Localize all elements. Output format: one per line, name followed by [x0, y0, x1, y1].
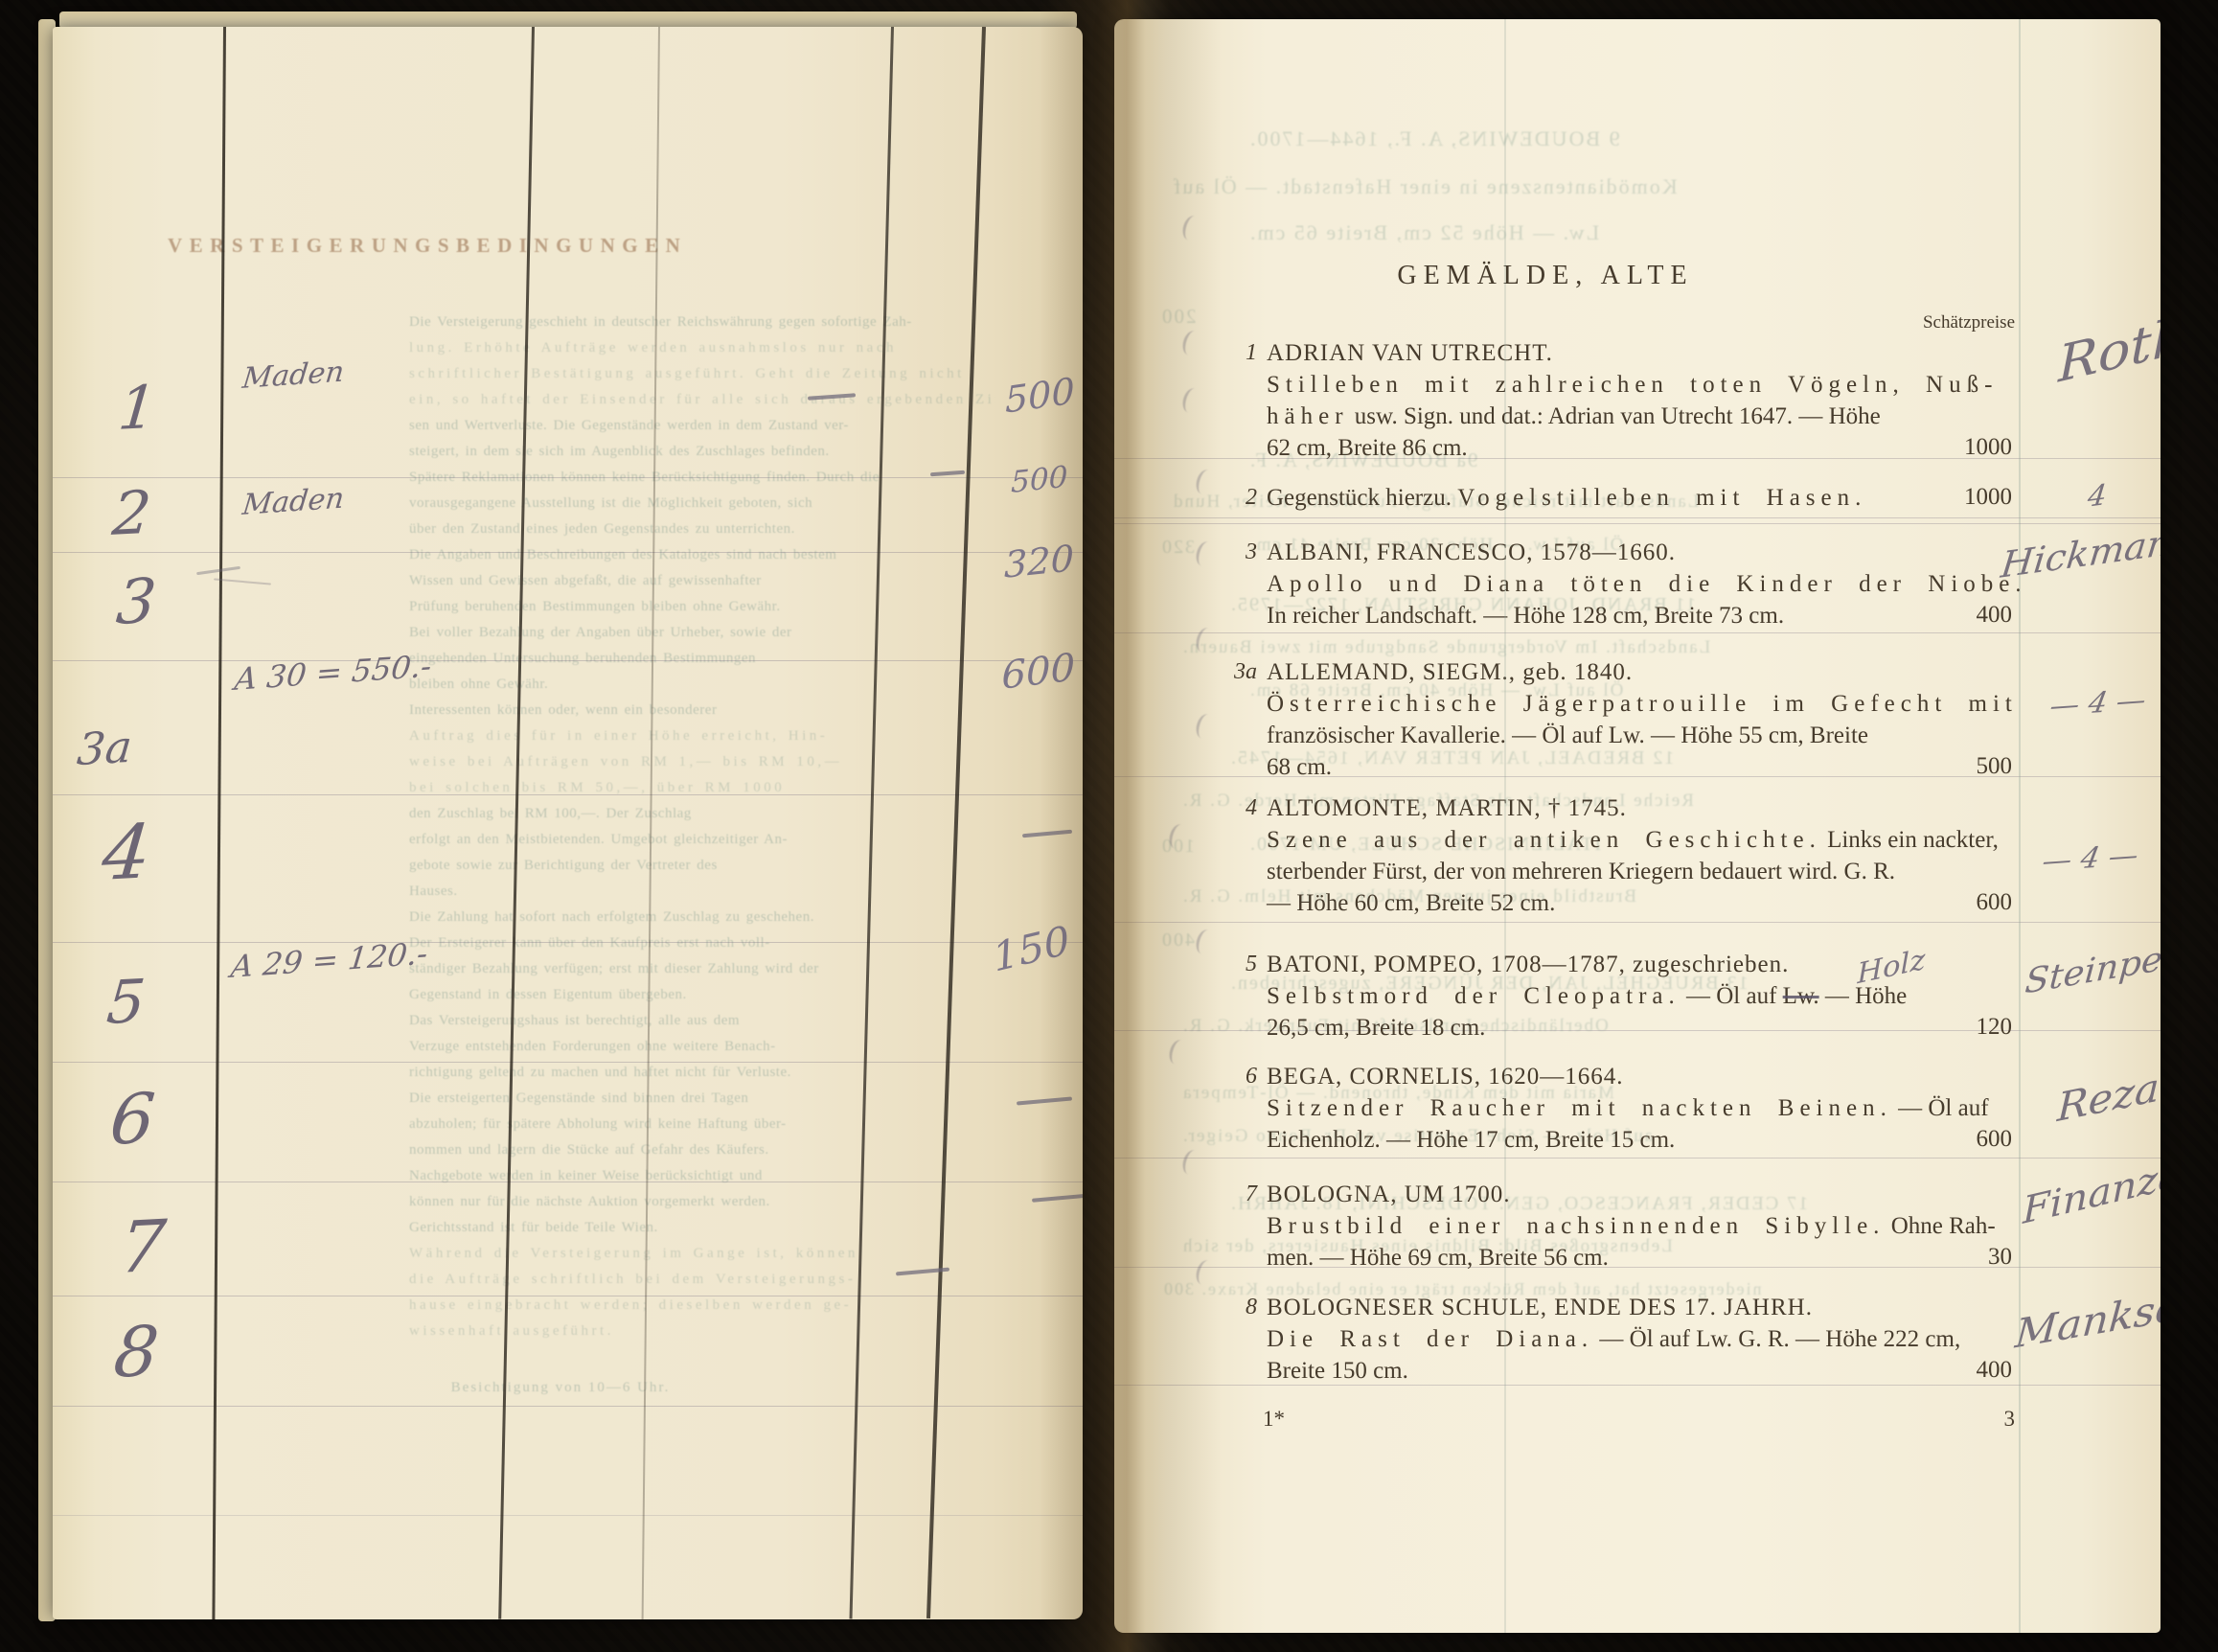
ghost-vertical-rule	[2019, 19, 2021, 1633]
pencil-scribble	[196, 566, 240, 575]
left-ledger-page: VERSTEIGERUNGSBEDINGUNGEN Die Versteiger…	[53, 27, 1083, 1619]
handwritten-row-number: 4	[99, 809, 154, 897]
lot-text-line: häher usw. Sign. und dat.: Adrian van Ut…	[1267, 401, 1881, 432]
price-column-label: Schätzpreise	[1898, 312, 2015, 333]
handwritten-note: Maden	[240, 356, 346, 396]
lot-text-row: Eichenholz. — Höhe 17 cm, Breite 15 cm.	[1224, 1124, 2020, 1156]
footnote-signature: 1*	[1263, 1407, 1285, 1432]
margin-annotation: 4	[2086, 478, 2108, 514]
page-title: GEMÄLDE, ALTE	[1349, 261, 1742, 291]
pencil-dash-value	[1032, 1193, 1083, 1202]
ghost-text-line: erfolgt an den Meistbietenden. Umgebot g…	[409, 832, 995, 858]
lot-text-row: Apollo und Diana töten die Kinder der Ni…	[1224, 568, 2020, 600]
ghost-text-line: eingehenden Untersuchung beruhenden Best…	[409, 651, 995, 677]
lot-text-row: 2Gegenstück hierzu. Vogelstilleben mit H…	[1224, 482, 2020, 514]
lot-text-line: 26,5 cm, Breite 18 cm.	[1267, 1012, 1485, 1044]
lot-artist-name: ALTOMONTE, MARTIN, † 1745.	[1267, 792, 1627, 824]
ghost-text-line: Bei voller Bezahlung der Angaben über Ur…	[409, 625, 995, 651]
lot-artist-name: ALBANI, FRANCESCO, 1578—1660.	[1267, 537, 1676, 568]
lot-estimate-price: 1000	[1964, 484, 2012, 511]
lot-artist-name: ALLEMAND, SIEGM., geb. 1840.	[1267, 656, 1633, 688]
ghost-mirrored-line: Lw. — Höhe 52 cm, Breite 65 cm.	[1248, 220, 1599, 245]
pencil-price-value: 320	[1004, 537, 1074, 585]
entry-separator	[1114, 632, 2161, 633]
pencil-price-value: 150	[990, 917, 1073, 981]
lot-text-row: — Höhe 60 cm, Breite 52 cm.	[1224, 887, 2020, 919]
plain-text: In reicher Landschaft. — Höhe 128 cm, Br…	[1267, 603, 1784, 629]
ghost-text-line: weise bei Aufträgen von RM 1,— bis RM 10…	[409, 754, 995, 780]
lot-text-line: sterbender Fürst, der von mehreren Krieg…	[1267, 856, 1895, 887]
lot-heading-row: 4ALTOMONTE, MARTIN, † 1745.	[1224, 792, 2020, 824]
letterspaced-text: Österreichische Jägerpatrouille im Gefec…	[1267, 691, 2018, 717]
ledger-horizontal-rule	[53, 552, 1083, 553]
lot-artist-name: BOLOGNA, UM 1700.	[1267, 1179, 1511, 1210]
plain-text: Ohne Rah-	[1885, 1213, 1995, 1239]
lot-text-row: Sitzender Raucher mit nackten Beinen. — …	[1224, 1092, 2020, 1124]
letterspaced-text: Vogelstilleben mit Hasen.	[1457, 485, 1866, 511]
lot-estimate-price: 600	[1977, 1126, 2013, 1153]
ghost-text-line: Der Ersteigerer kann über den Kaufpreis …	[409, 935, 995, 961]
ghost-mirrored-line: Komödiantenszene in einer Hafenstadt. — …	[1172, 174, 1678, 199]
pencil-dash-value	[1017, 1096, 1072, 1105]
ghost-vertical-rule	[1504, 19, 1506, 1633]
lot-text-row: 26,5 cm, Breite 18 cm.	[1224, 1012, 2020, 1044]
ghost-text-line: können nur für die nächste Auktion vorge…	[409, 1194, 995, 1220]
ghost-text-line: lung. Erhöhte Aufträge werden ausnahmslo…	[409, 340, 995, 366]
plain-text: Gegenstück hierzu.	[1267, 485, 1457, 511]
lot-text-row: Selbstmord der Cleopatra. — Öl auf Lw. —…	[1224, 980, 2020, 1012]
ghost-text-line: Die Zahlung hat sofort nach erfolgtem Zu…	[409, 909, 995, 935]
lot-entry: 8BOLOGNESER SCHULE, ENDE DES 17. JAHRH.D…	[1224, 1292, 2020, 1323]
lot-text-line: Sitzender Raucher mit nackten Beinen. — …	[1267, 1092, 1989, 1124]
scanned-book-spread: VERSTEIGERUNGSBEDINGUNGEN Die Versteiger…	[0, 0, 2218, 1652]
lot-text-line: 62 cm, Breite 86 cm.	[1267, 432, 1468, 464]
lot-text-row: französischer Kavallerie. — Öl auf Lw. —…	[1224, 720, 2020, 751]
margin-annotation: — 4 —	[2040, 838, 2141, 879]
ledger-horizontal-rule	[53, 1182, 1083, 1182]
letterspaced-text: Die Rast der Diana.	[1267, 1326, 1593, 1352]
lot-estimate-price: 120	[1977, 1014, 2013, 1041]
lot-estimate-price: 400	[1977, 1357, 2013, 1384]
lot-entry: 5BATONI, POMPEO, 1708—1787, zugeschriebe…	[1224, 949, 2020, 980]
plain-text: 68 cm.	[1267, 754, 1332, 780]
plain-text: Eichenholz. — Höhe 17 cm, Breite 15 cm.	[1267, 1127, 1675, 1153]
ghost-mirrored-line: 400	[1160, 929, 1195, 952]
lot-text-line: Apollo und Diana töten die Kinder der Ni…	[1267, 568, 2027, 600]
lot-text-row: Szene aus der antiken Geschichte. Links …	[1224, 824, 2020, 856]
lot-estimate-price: 1000	[1964, 434, 2012, 461]
ghost-text-line: Prüfung beruhenden Bestimmungen bleiben …	[409, 599, 995, 625]
lot-number: 2	[1211, 482, 1257, 514]
lot-heading-row: 8BOLOGNESER SCHULE, ENDE DES 17. JAHRH.	[1224, 1292, 2020, 1323]
ghost-pencil-mark	[1180, 329, 1203, 357]
lot-entry: 3aALLEMAND, SIEGM., geb. 1840.Österreich…	[1224, 656, 2020, 688]
letterspaced-text: häher	[1267, 403, 1349, 429]
lot-heading-row: 7BOLOGNA, UM 1700.	[1224, 1179, 2020, 1210]
ghost-text-line: den Zuschlag bei RM 100,—. Der Zuschlag	[409, 806, 995, 832]
ledger-horizontal-rule	[53, 1062, 1083, 1063]
ghost-text-line: ein, so haftet der Einsender für alle si…	[409, 392, 995, 418]
lot-number: 5	[1211, 949, 1257, 980]
lot-text-row: Breite 150 cm.	[1224, 1355, 2020, 1387]
ghost-text-line: abzuholen; für spätere Abholung wird kei…	[409, 1116, 995, 1142]
ghost-mirrored-line: 320	[1160, 537, 1195, 559]
lot-heading-row: 3aALLEMAND, SIEGM., geb. 1840.	[1224, 656, 2020, 688]
ghost-text-line: bleiben ohne Gewähr.	[409, 677, 995, 702]
struck-text: Lw.	[1783, 983, 1819, 1009]
ghost-pencil-mark	[1194, 712, 1217, 741]
margin-annotation: — 4 —	[2047, 683, 2149, 723]
plain-text: — Öl auf Lw. G. R. — Höhe 222 cm,	[1593, 1326, 1960, 1352]
ghost-text-line: hause eingebracht werden; dieselben werd…	[409, 1297, 995, 1323]
lot-text-row: sterbender Fürst, der von mehreren Krieg…	[1224, 856, 2020, 887]
plain-text: Links ein nackter,	[1821, 827, 1999, 853]
handwritten-row-number: 7	[116, 1205, 169, 1290]
plain-text: sterbender Fürst, der von mehreren Krieg…	[1267, 859, 1895, 884]
lot-estimate-price: 30	[1988, 1244, 2012, 1271]
lot-text-line: Österreichische Jägerpatrouille im Gefec…	[1267, 688, 2018, 720]
plain-text: — Öl auf	[1681, 983, 1783, 1009]
ghost-text-line: steigert, in dem sie sich im Augenblick …	[409, 444, 995, 470]
ledger-horizontal-rule	[53, 477, 1083, 478]
entry-separator	[1114, 517, 2161, 518]
letterspaced-text: Brustbild einer nachsinnenden Sibylle.	[1267, 1213, 1885, 1239]
lot-heading-row: 6BEGA, CORNELIS, 1620—1664.	[1224, 1061, 2020, 1092]
ghost-text-line: Das Versteigerungshaus ist berechtigt, a…	[409, 1013, 995, 1039]
ghost-text-line: Die Versteigerung geschieht in deutscher…	[409, 314, 995, 340]
ghost-bottom-line: Besichtigung von 10—6 Uhr.	[359, 1380, 762, 1396]
letterspaced-text: Selbstmord der Cleopatra.	[1267, 983, 1681, 1009]
ghost-heading: VERSTEIGERUNGSBEDINGUNGEN	[168, 234, 687, 258]
plain-text: 62 cm, Breite 86 cm.	[1267, 435, 1468, 461]
plain-text: usw. Sign. und dat.: Adrian van Utrecht …	[1349, 403, 1881, 429]
handwritten-row-number: 2	[110, 477, 154, 549]
ghost-pencil-mark	[1180, 214, 1203, 242]
ghost-text-line: vorausgegangene Ausstellung ist die Mögl…	[409, 495, 995, 521]
handwritten-note: A 30 = 550.-	[233, 648, 433, 698]
lot-artist-name: BATONI, POMPEO, 1708—1787, zugeschrieben…	[1267, 949, 1789, 980]
lot-text-row: men. — Höhe 69 cm, Breite 56 cm.	[1224, 1242, 2020, 1273]
lot-artist-name: BEGA, CORNELIS, 1620—1664.	[1267, 1061, 1624, 1092]
ghost-text-line: über den Zustand eines jeden Gegenstande…	[409, 521, 995, 547]
lot-text-line: — Höhe 60 cm, Breite 52 cm.	[1267, 887, 1555, 919]
handwritten-row-number: 5	[104, 966, 149, 1038]
lot-number: 4	[1211, 792, 1257, 824]
lot-text-line: Szene aus der antiken Geschichte. Links …	[1267, 824, 1999, 856]
pencil-dash-value	[1022, 830, 1072, 837]
lot-entry: 1ADRIAN VAN UTRECHT.Stilleben mit zahlre…	[1224, 337, 2020, 369]
margin-annotation: Rezauer	[2056, 1049, 2161, 1130]
plain-text: französischer Kavallerie. — Öl auf Lw. —…	[1267, 723, 1868, 748]
margin-annotation: Manksch	[2013, 1279, 2161, 1358]
handwritten-row-number: 1	[116, 372, 160, 444]
pencil-price-value: 500	[1004, 370, 1075, 422]
ledger-horizontal-rule	[53, 1296, 1083, 1296]
ghost-mirrored-line: 9 BOUDEWINS, A. F., 1644—1700.	[1248, 126, 1620, 151]
ghost-mirrored-line: 200	[1160, 305, 1197, 329]
ghost-text-line: Hauses.	[409, 883, 995, 909]
pencil-scribble	[214, 578, 271, 585]
lot-text-line: 68 cm.	[1267, 751, 1332, 783]
entry-separator	[1114, 1158, 2161, 1159]
lot-number: 3a	[1211, 656, 1257, 688]
lot-text-row: häher usw. Sign. und dat.: Adrian van Ut…	[1224, 401, 2020, 432]
ledger-horizontal-rule	[53, 1515, 1083, 1516]
lot-estimate-price: 400	[1977, 602, 2013, 629]
ghost-text-line: Gerichtsstand ist für beide Teile Wien.	[409, 1220, 995, 1246]
ghost-text-line: Spätere Reklamationen können keine Berüc…	[409, 470, 995, 495]
ghost-pencil-mark	[1180, 386, 1203, 415]
lot-text-row: Österreichische Jägerpatrouille im Gefec…	[1224, 688, 2020, 720]
lot-text-row: 62 cm, Breite 86 cm.	[1224, 432, 2020, 464]
lot-text-line: Brustbild einer nachsinnenden Sibylle. O…	[1267, 1210, 1996, 1242]
lot-text-row: 68 cm.	[1224, 751, 2020, 783]
lot-artist-name: ADRIAN VAN UTRECHT.	[1267, 337, 1553, 369]
lot-entry: 7BOLOGNA, UM 1700.Brustbild einer nachsi…	[1224, 1179, 2020, 1210]
ledger-horizontal-rule	[53, 794, 1083, 795]
ledger-vertical-rule	[212, 27, 226, 1619]
ghost-text-line: richtigung geltend zu machen und haftet …	[409, 1065, 995, 1090]
ledger-horizontal-rule	[53, 1406, 1083, 1407]
lot-entry: 6BEGA, CORNELIS, 1620—1664.Sitzender Rau…	[1224, 1061, 2020, 1092]
ghost-text-line: wissenhaft ausgeführt.	[409, 1323, 995, 1349]
plain-text: 26,5 cm, Breite 18 cm.	[1267, 1015, 1485, 1041]
margin-annotation: Steinpeich	[2024, 930, 2161, 1001]
plain-text: — Öl auf	[1892, 1095, 1989, 1121]
ghost-text-line: die Aufträge schriftlich bei dem Verstei…	[409, 1272, 995, 1297]
lot-estimate-price: 600	[1977, 889, 2013, 916]
ghost-pencil-mark	[1167, 1038, 1190, 1067]
lot-artist-name: BOLOGNESER SCHULE, ENDE DES 17. JAHRH.	[1267, 1292, 1813, 1323]
handwritten-row-number: 6	[107, 1078, 158, 1160]
right-catalog-page: 9 BOUDEWINS, A. F., 1644—1700.Komödiante…	[1114, 19, 2161, 1633]
lot-text-line: men. — Höhe 69 cm, Breite 56 cm.	[1267, 1242, 1609, 1273]
ghost-text-line: Auftrag dies für in einer Höhe erreicht,…	[409, 728, 995, 754]
letterspaced-text: Szene aus der antiken Geschichte.	[1267, 827, 1821, 853]
lot-text-row: Stilleben mit zahlreichen toten Vögeln, …	[1224, 369, 2020, 401]
ledger-horizontal-rule	[53, 660, 1083, 661]
entry-separator	[1114, 523, 2161, 524]
lot-number: 1	[1211, 337, 1257, 369]
ledger-horizontal-rule	[53, 942, 1083, 943]
page-number: 3	[1977, 1407, 2015, 1432]
ghost-text-line: nommen und lagern die Stücke auf Gefahr …	[409, 1142, 995, 1168]
lot-heading-row: 3ALBANI, FRANCESCO, 1578—1660.	[1224, 537, 2020, 568]
lot-text-line: Stilleben mit zahlreichen toten Vögeln, …	[1267, 369, 1998, 401]
ghost-text-line: ständiger Bezahlung verfügen; erst mit d…	[409, 961, 995, 987]
ghost-text-line: Interessenten können oder, wenn ein beso…	[409, 702, 995, 728]
ghost-text-line: bei solchen bis RM 50,—, über RM 1000	[409, 780, 995, 806]
plain-text: Breite 150 cm.	[1267, 1358, 1408, 1384]
lot-entry: 3ALBANI, FRANCESCO, 1578—1660.Apollo und…	[1224, 537, 2020, 568]
lot-text-line: französischer Kavallerie. — Öl auf Lw. —…	[1267, 720, 1868, 751]
plain-text: men. — Höhe 69 cm, Breite 56 cm.	[1267, 1245, 1609, 1271]
ghost-text-line: sen und Wertverluste. Die Gegenstände we…	[409, 418, 995, 444]
handwritten-row-number: 3a	[75, 721, 134, 775]
lot-text-line: Breite 150 cm.	[1267, 1355, 1408, 1387]
ghost-text-line: Wissen und Gewissen abgefaßt, die auf ge…	[409, 573, 995, 599]
lot-estimate-price: 500	[1977, 753, 2013, 780]
pencil-price-value: 500	[1011, 460, 1067, 500]
lot-text-row: Die Rast der Diana. — Öl auf Lw. G. R. —…	[1224, 1323, 2020, 1355]
ghost-mirrored-line: Landschaft. Im Vordergrunde Sandgrube mi…	[1181, 637, 1710, 658]
pencil-price-value: 600	[1001, 646, 1076, 699]
handwritten-row-number: 8	[111, 1311, 162, 1393]
lot-number: 7	[1211, 1179, 1257, 1210]
lot-entry: 4ALTOMONTE, MARTIN, † 1745.Szene aus der…	[1224, 792, 2020, 824]
handwritten-note: Maden	[240, 482, 346, 522]
lot-number: 6	[1211, 1061, 1257, 1092]
lot-heading-row: 1ADRIAN VAN UTRECHT.	[1224, 337, 2020, 369]
letterspaced-text: Stilleben mit zahlreichen toten Vögeln, …	[1267, 372, 1998, 398]
lot-text-line: In reicher Landschaft. — Höhe 128 cm, Br…	[1267, 600, 1784, 631]
ghost-text-line: Verzuge entstehenden Forderungen ohne we…	[409, 1039, 995, 1065]
letterspaced-text: Sitzender Raucher mit nackten Beinen.	[1267, 1095, 1892, 1121]
plain-text: — Höhe 60 cm, Breite 52 cm.	[1267, 890, 1555, 916]
lot-text-line: Eichenholz. — Höhe 17 cm, Breite 15 cm.	[1267, 1124, 1675, 1156]
lot-text-row: In reicher Landschaft. — Höhe 128 cm, Br…	[1224, 600, 2020, 631]
handwritten-row-number: 3	[113, 566, 158, 639]
lot-text-line: Selbstmord der Cleopatra. — Öl auf Lw. —…	[1267, 980, 1907, 1012]
ghost-text-line: schriftlicher Bestätigung ausgeführt. Ge…	[409, 366, 995, 392]
ghost-conditions-text: Die Versteigerung geschieht in deutscher…	[409, 314, 995, 1349]
ghost-text-line: Während die Versteigerung im Gange ist, …	[409, 1246, 995, 1272]
margin-annotation: Finanzamt	[2023, 1140, 2161, 1233]
lot-text-line: Gegenstück hierzu. Vogelstilleben mit Ha…	[1267, 482, 1866, 514]
ghost-pencil-mark	[1180, 1148, 1203, 1177]
lot-number: 3	[1211, 537, 1257, 568]
lot-text-line: Die Rast der Diana. — Öl auf Lw. G. R. —…	[1267, 1323, 1960, 1355]
ghost-text-line: Die ersteigerten Gegenstände sind binnen…	[409, 1090, 995, 1116]
margin-annotation: Roth	[2058, 306, 2161, 394]
ghost-text-line: gebote sowie zur Berichtigung der Vertre…	[409, 858, 995, 883]
ghost-text-line: Gegenstand in dessen Eigentum übergeben.	[409, 987, 995, 1013]
lot-number: 8	[1211, 1292, 1257, 1323]
lot-text-row: Brustbild einer nachsinnenden Sibylle. O…	[1224, 1210, 2020, 1242]
entry-separator	[1114, 922, 2161, 923]
letterspaced-text: Apollo und Diana töten die Kinder der Ni…	[1267, 571, 2027, 597]
